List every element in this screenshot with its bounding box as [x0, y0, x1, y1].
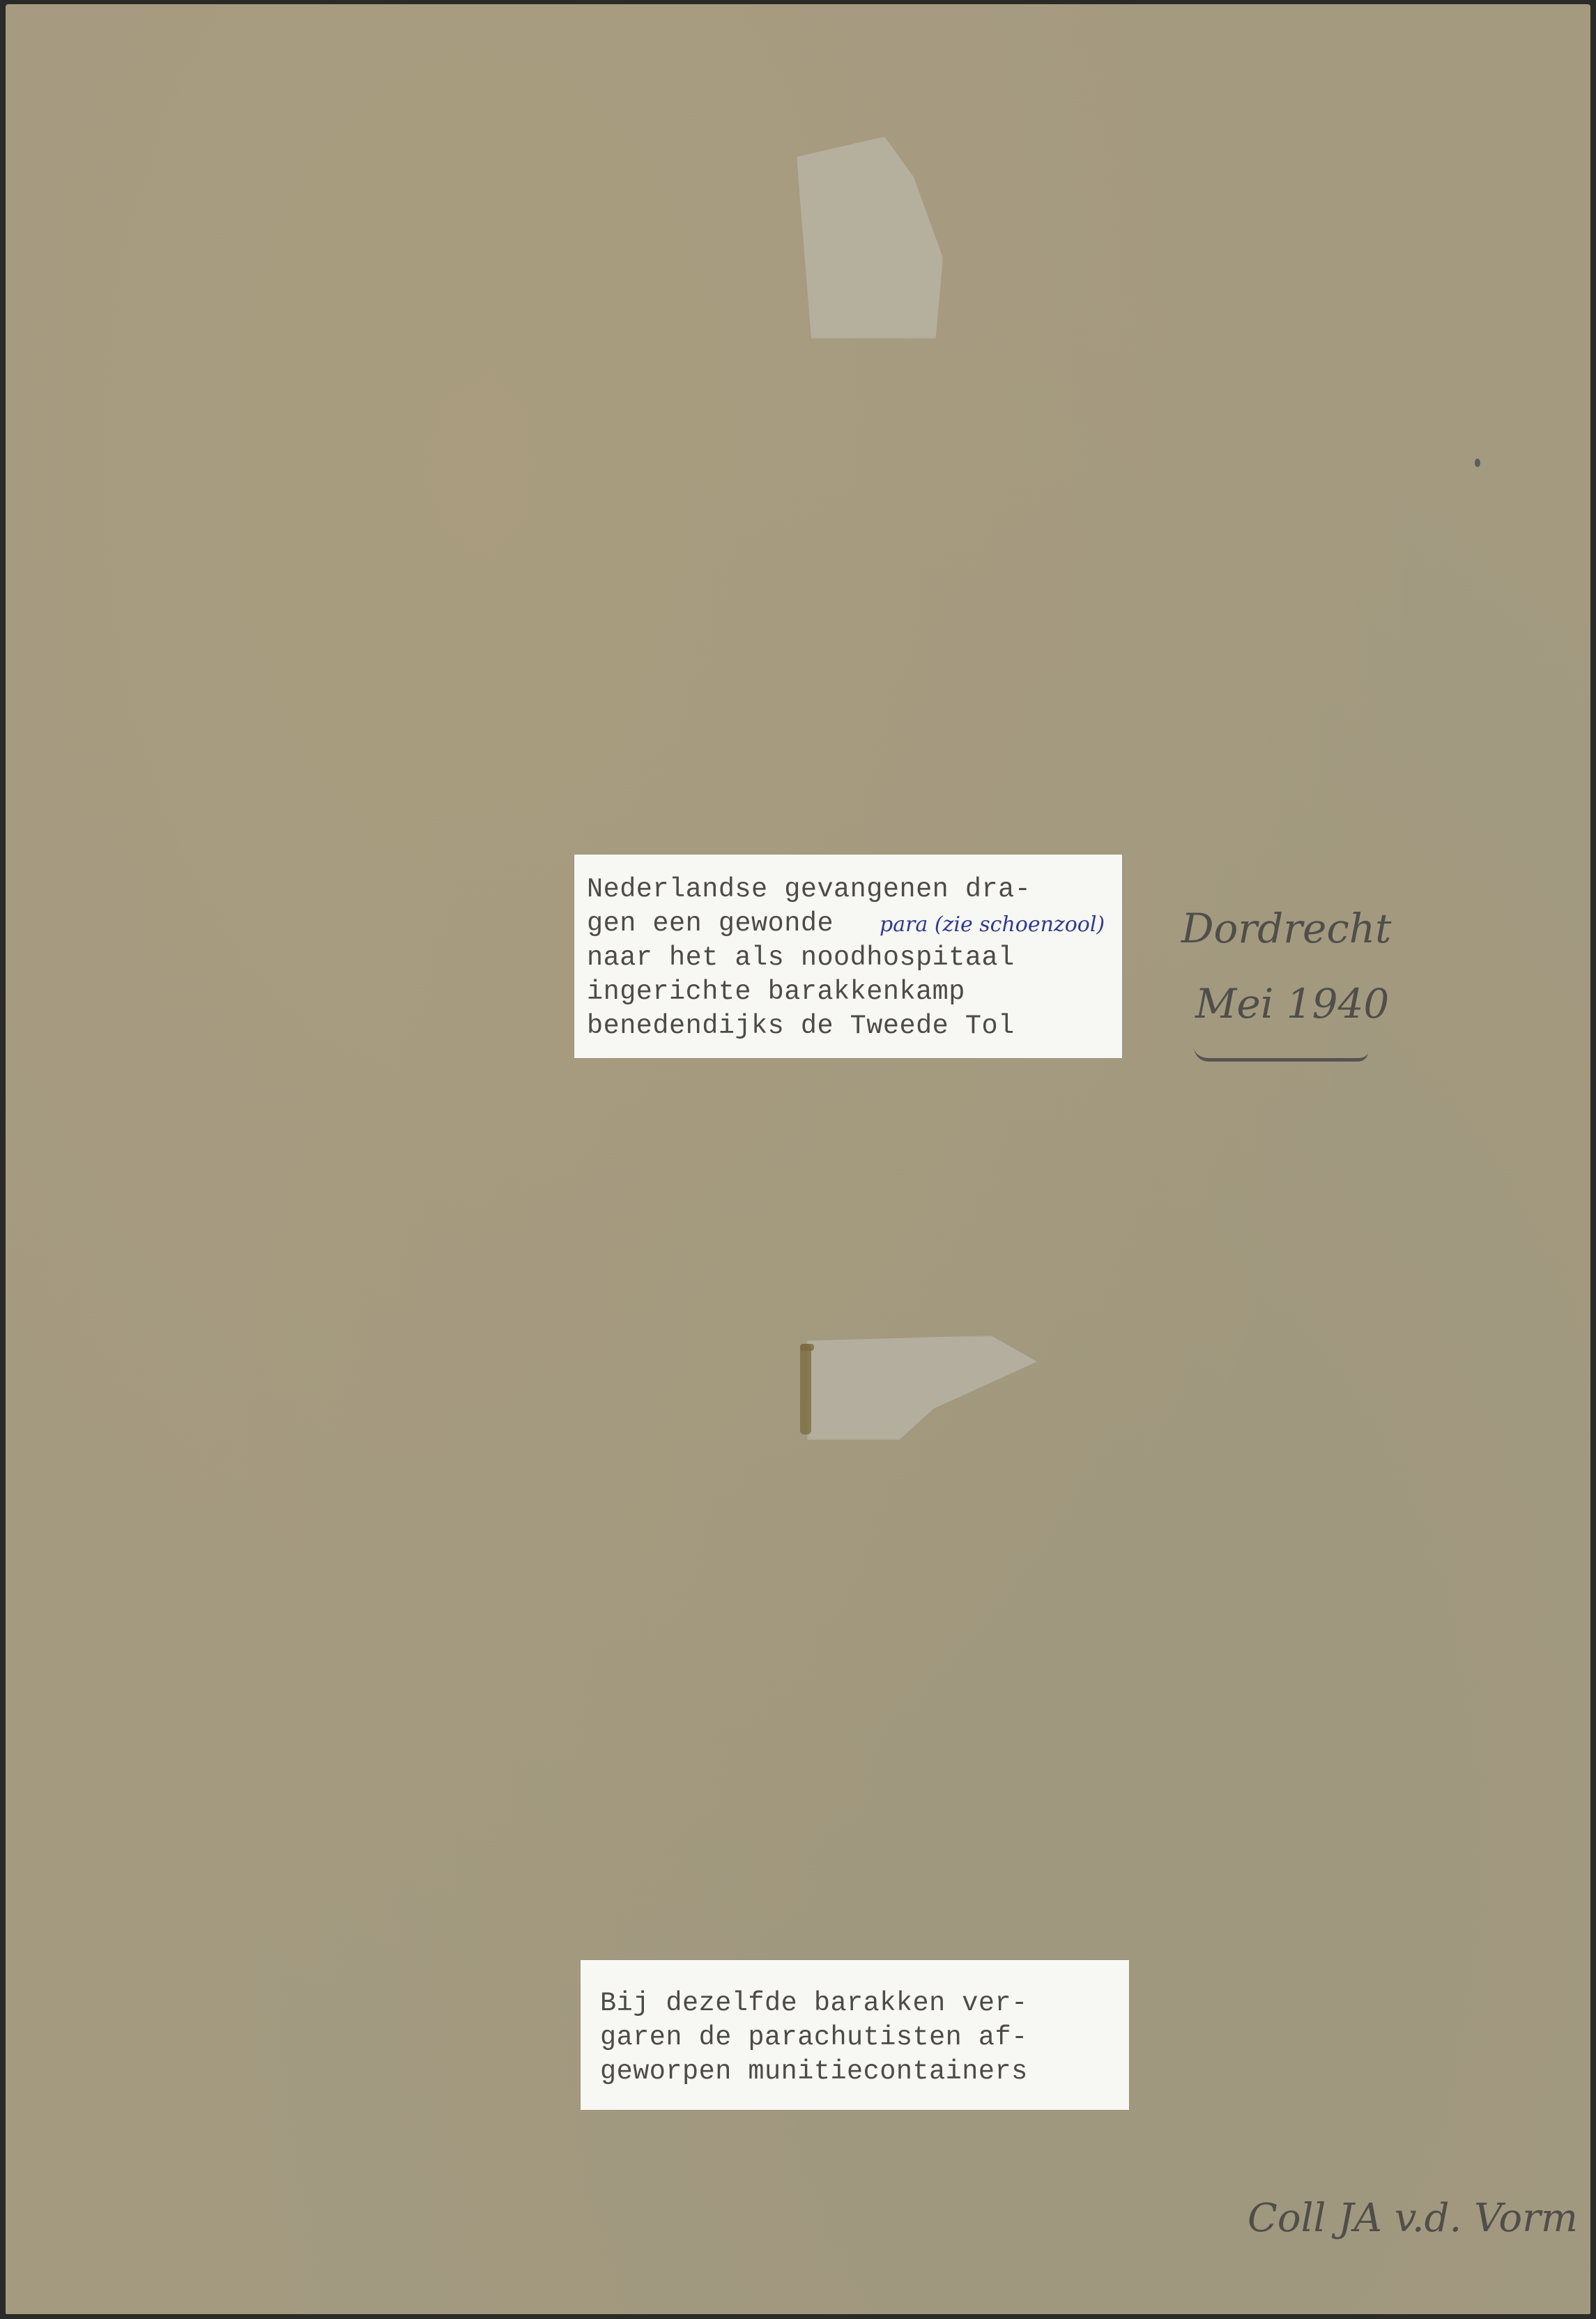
typed-caption-slip-1: Nederlandse gevangenen dra- gen een gewo…	[574, 855, 1122, 1058]
caption-1-line-1: Nederlandse gevangenen dra-	[587, 873, 1031, 907]
handwritten-underline	[1194, 1047, 1368, 1062]
handwritten-insert-para: para (zie schoenzool)	[880, 908, 1105, 942]
caption-1-line-3: naar het als noodhospitaal	[587, 941, 1031, 975]
handwritten-date: Mei 1940	[1195, 980, 1389, 1027]
caption-1-line-4: ingerichte barakkenkamp	[587, 975, 1031, 1009]
ink-speck	[1475, 459, 1480, 467]
caption-2-line-1: Bij dezelfde barakken ver-	[600, 1987, 1028, 2021]
handwritten-place: Dordrecht	[1181, 905, 1391, 952]
caption-2-line-2: garen de parachutisten af-	[600, 2021, 1028, 2055]
glue-stain	[800, 1344, 811, 1434]
handwritten-collection-note: Coll JA v.d. Vorm	[1248, 2196, 1578, 2241]
tape-residue-top	[797, 137, 943, 339]
caption-2-line-3: geworpen munitiecontainers	[600, 2055, 1028, 2089]
tape-residue-middle	[807, 1335, 1037, 1440]
typed-caption-slip-2: Bij dezelfde barakken ver- garen de para…	[581, 1960, 1129, 2110]
caption-1-line-5: benedendijks de Tweede Tol	[587, 1009, 1031, 1043]
